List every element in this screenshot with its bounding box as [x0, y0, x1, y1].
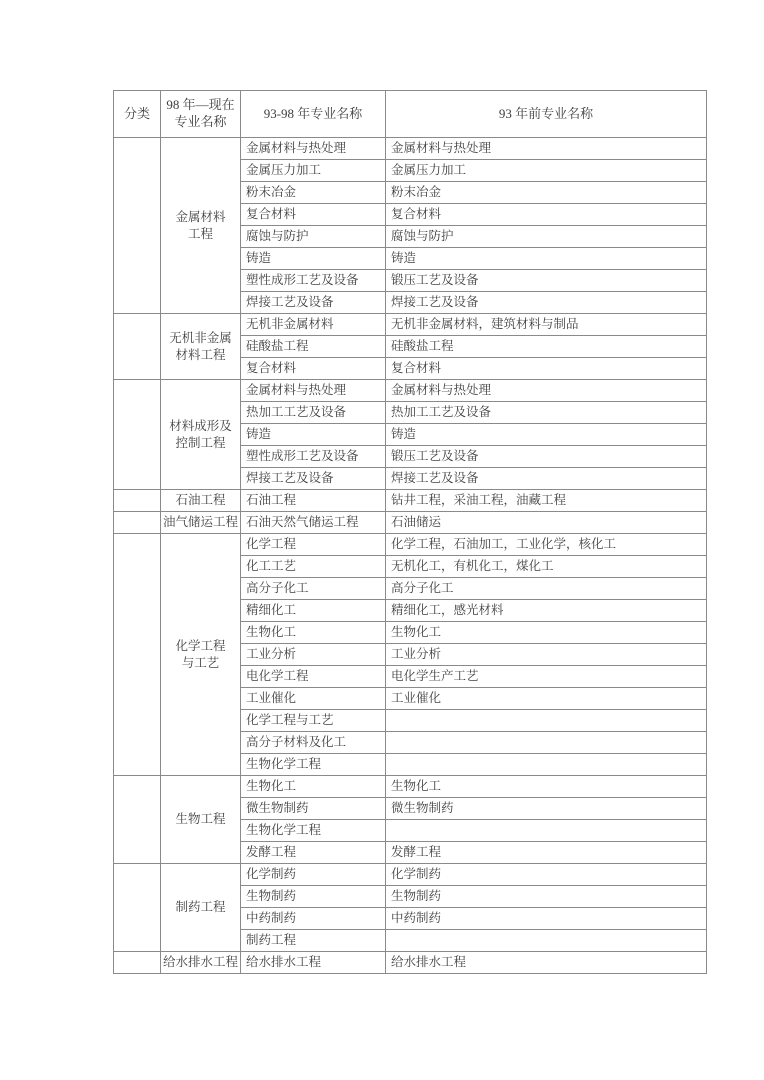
major-name-pre-93-cell: 锻压工艺及设备 — [386, 270, 707, 292]
major-name-93-98-cell: 金属压力加工 — [241, 160, 386, 182]
major-name-93-98-cell: 塑性成形工艺及设备 — [241, 446, 386, 468]
major-name-93-98-cell: 粉末冶金 — [241, 182, 386, 204]
major-name-93-98-cell: 工业催化 — [241, 688, 386, 710]
major-name-93-98-cell: 精细化工 — [241, 600, 386, 622]
major-name-93-98-cell: 制药工程 — [241, 930, 386, 952]
major-name-93-98-cell: 生物化学工程 — [241, 754, 386, 776]
major-name-pre-93-cell: 生物化工 — [386, 776, 707, 798]
major-name-pre-93-cell: 化学制药 — [386, 864, 707, 886]
major-name-pre-93-cell: 工业催化 — [386, 688, 707, 710]
major-name-pre-93-cell: 复合材料 — [386, 358, 707, 380]
group-name-cell: 材料成形及 控制工程 — [161, 380, 241, 490]
header-row: 分类 98 年—现在 专业名称 93-98 年专业名称 93 年前专业名称 — [114, 91, 707, 138]
major-name-93-98-cell: 石油天然气储运工程 — [241, 512, 386, 534]
category-cell — [114, 534, 161, 776]
major-name-93-98-cell: 塑性成形工艺及设备 — [241, 270, 386, 292]
table-row: 生物工程生物化工生物化工 — [114, 776, 707, 798]
major-name-93-98-cell: 焊接工艺及设备 — [241, 292, 386, 314]
category-cell — [114, 776, 161, 864]
major-name-pre-93-cell: 生物化工 — [386, 622, 707, 644]
table-row: 给水排水工程给水排水工程给水排水工程 — [114, 952, 707, 974]
major-name-pre-93-cell: 热加工工艺及设备 — [386, 402, 707, 424]
major-name-pre-93-cell: 高分子化工 — [386, 578, 707, 600]
category-cell — [114, 512, 161, 534]
major-name-93-98-cell: 化学工程与工艺 — [241, 710, 386, 732]
major-name-pre-93-cell: 焊接工艺及设备 — [386, 292, 707, 314]
major-name-pre-93-cell: 复合材料 — [386, 204, 707, 226]
major-name-pre-93-cell: 钻井工程，采油工程，油藏工程 — [386, 490, 707, 512]
major-name-93-98-cell: 工业分析 — [241, 644, 386, 666]
group-name-cell: 给水排水工程 — [161, 952, 241, 974]
category-cell — [114, 380, 161, 490]
major-name-pre-93-cell: 焊接工艺及设备 — [386, 468, 707, 490]
major-name-93-98-cell: 生物化工 — [241, 622, 386, 644]
major-name-pre-93-cell — [386, 732, 707, 754]
major-name-pre-93-cell: 化学工程，石油加工，工业化学，核化工 — [386, 534, 707, 556]
major-name-93-98-cell: 硅酸盐工程 — [241, 336, 386, 358]
major-name-93-98-cell: 高分子化工 — [241, 578, 386, 600]
major-name-93-98-cell: 化学工程 — [241, 534, 386, 556]
major-name-93-98-cell: 焊接工艺及设备 — [241, 468, 386, 490]
document-page: 分类 98 年—现在 专业名称 93-98 年专业名称 93 年前专业名称 金属… — [0, 0, 764, 1080]
major-name-pre-93-cell: 微生物制药 — [386, 798, 707, 820]
category-cell — [114, 138, 161, 314]
table-row: 制药工程化学制药化学制药 — [114, 864, 707, 886]
major-name-pre-93-cell: 金属压力加工 — [386, 160, 707, 182]
major-name-93-98-cell: 铸造 — [241, 248, 386, 270]
major-name-pre-93-cell: 无机化工，有机化工，煤化工 — [386, 556, 707, 578]
major-name-pre-93-cell: 铸造 — [386, 424, 707, 446]
table-row: 石油工程石油工程钻井工程，采油工程，油藏工程 — [114, 490, 707, 512]
category-cell — [114, 952, 161, 974]
category-cell — [114, 314, 161, 380]
major-name-pre-93-cell: 金属材料与热处理 — [386, 138, 707, 160]
majors-mapping-table: 分类 98 年—现在 专业名称 93-98 年专业名称 93 年前专业名称 金属… — [113, 90, 707, 974]
major-name-pre-93-cell: 生物制药 — [386, 886, 707, 908]
major-name-93-98-cell: 化工工艺 — [241, 556, 386, 578]
major-name-pre-93-cell: 石油储运 — [386, 512, 707, 534]
major-name-pre-93-cell: 发酵工程 — [386, 842, 707, 864]
major-name-pre-93-cell — [386, 710, 707, 732]
major-name-pre-93-cell: 铸造 — [386, 248, 707, 270]
category-cell — [114, 490, 161, 512]
group-name-cell: 制药工程 — [161, 864, 241, 952]
major-name-pre-93-cell — [386, 754, 707, 776]
major-name-93-98-cell: 生物化学工程 — [241, 820, 386, 842]
major-name-93-98-cell: 铸造 — [241, 424, 386, 446]
major-name-pre-93-cell: 中药制药 — [386, 908, 707, 930]
major-name-93-98-cell: 石油工程 — [241, 490, 386, 512]
major-name-93-98-cell: 复合材料 — [241, 358, 386, 380]
major-name-93-98-cell: 生物制药 — [241, 886, 386, 908]
major-name-pre-93-cell: 精细化工，感光材料 — [386, 600, 707, 622]
major-name-pre-93-cell: 电化学生产工艺 — [386, 666, 707, 688]
group-name-cell: 化学工程 与工艺 — [161, 534, 241, 776]
major-name-pre-93-cell: 硅酸盐工程 — [386, 336, 707, 358]
major-name-pre-93-cell — [386, 820, 707, 842]
major-name-pre-93-cell: 无机非金属材料，建筑材料与制品 — [386, 314, 707, 336]
group-name-cell: 油气储运工程 — [161, 512, 241, 534]
major-name-93-98-cell: 无机非金属材料 — [241, 314, 386, 336]
header-93-98: 93-98 年专业名称 — [241, 91, 386, 138]
major-name-93-98-cell: 金属材料与热处理 — [241, 138, 386, 160]
major-name-93-98-cell: 中药制药 — [241, 908, 386, 930]
major-name-pre-93-cell: 腐蚀与防护 — [386, 226, 707, 248]
group-name-cell: 生物工程 — [161, 776, 241, 864]
major-name-93-98-cell: 微生物制药 — [241, 798, 386, 820]
major-name-pre-93-cell: 锻压工艺及设备 — [386, 446, 707, 468]
major-name-93-98-cell: 给水排水工程 — [241, 952, 386, 974]
table-row: 化学工程 与工艺化学工程化学工程，石油加工，工业化学，核化工 — [114, 534, 707, 556]
header-category: 分类 — [114, 91, 161, 138]
major-name-pre-93-cell: 粉末冶金 — [386, 182, 707, 204]
major-name-93-98-cell: 腐蚀与防护 — [241, 226, 386, 248]
major-name-93-98-cell: 高分子材料及化工 — [241, 732, 386, 754]
major-name-pre-93-cell — [386, 930, 707, 952]
header-pre-93: 93 年前专业名称 — [386, 91, 707, 138]
major-name-93-98-cell: 发酵工程 — [241, 842, 386, 864]
major-name-93-98-cell: 复合材料 — [241, 204, 386, 226]
major-name-93-98-cell: 化学制药 — [241, 864, 386, 886]
category-cell — [114, 864, 161, 952]
major-name-93-98-cell: 生物化工 — [241, 776, 386, 798]
table-row: 金属材料 工程金属材料与热处理金属材料与热处理 — [114, 138, 707, 160]
group-name-cell: 金属材料 工程 — [161, 138, 241, 314]
major-name-pre-93-cell: 给水排水工程 — [386, 952, 707, 974]
group-name-cell: 无机非金属 材料工程 — [161, 314, 241, 380]
table-row: 油气储运工程石油天然气储运工程石油储运 — [114, 512, 707, 534]
major-name-93-98-cell: 电化学工程 — [241, 666, 386, 688]
table-row: 无机非金属 材料工程无机非金属材料无机非金属材料，建筑材料与制品 — [114, 314, 707, 336]
major-name-pre-93-cell: 工业分析 — [386, 644, 707, 666]
group-name-cell: 石油工程 — [161, 490, 241, 512]
major-name-93-98-cell: 热加工工艺及设备 — [241, 402, 386, 424]
major-name-pre-93-cell: 金属材料与热处理 — [386, 380, 707, 402]
table-row: 材料成形及 控制工程金属材料与热处理金属材料与热处理 — [114, 380, 707, 402]
major-name-93-98-cell: 金属材料与热处理 — [241, 380, 386, 402]
header-98-to-now: 98 年—现在 专业名称 — [161, 91, 241, 138]
